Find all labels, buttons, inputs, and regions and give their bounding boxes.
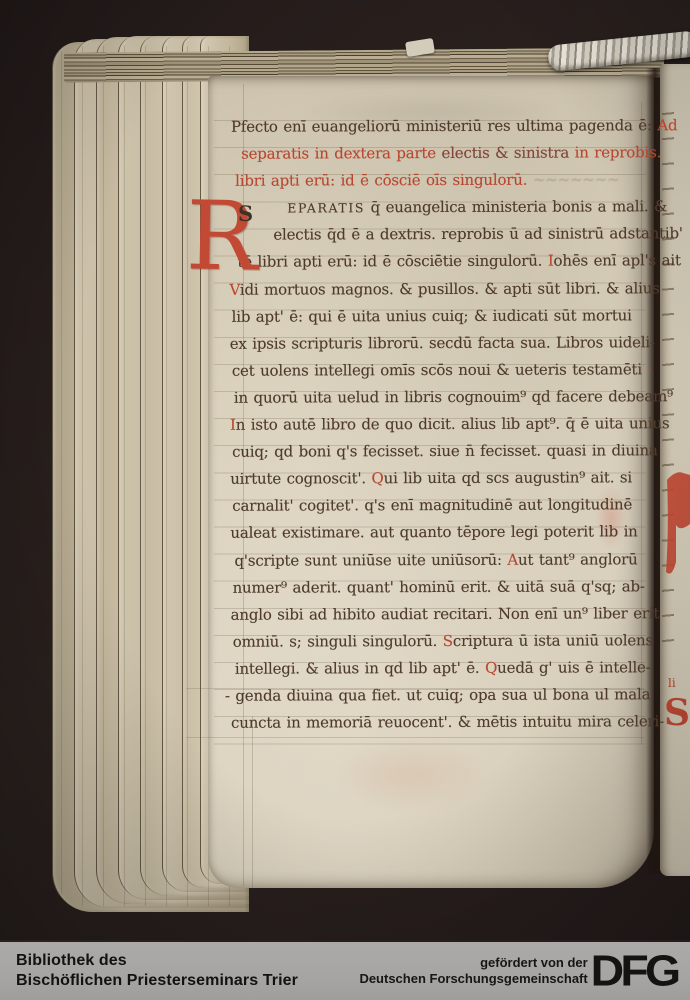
manuscript-line: ex ipsis scripturis librorū. secdū facta… <box>230 329 646 358</box>
manuscript-text: carnalit' cogitet'. q's enī magnitudinē … <box>232 496 632 515</box>
manuscript-text: ex ipsis scripturis librorū. secdū facta… <box>230 333 655 352</box>
manuscript-text: ualeat existimare. aut quanto tēpore leg… <box>230 523 637 542</box>
manuscript-text: lib apt' ē: qui ē uita unius cuiq; & iud… <box>232 306 632 325</box>
manuscript-text: cet uolens intellegi omīs scōs noui & ue… <box>232 360 642 379</box>
manuscript-line: In isto autē libro de quo dicit. alius l… <box>230 410 646 439</box>
manuscript-line: in quorū uita uelud in libris cognouim⁹ … <box>234 383 646 412</box>
manuscript-text: omniū. s; singuli singulorū. <box>233 632 443 651</box>
manuscript-text: tē libri apti erū: id ē cōsciētie singul… <box>237 252 547 271</box>
ruling-line <box>186 737 644 738</box>
manuscript-line: ualeat existimare. aut quanto tēpore leg… <box>230 519 646 548</box>
manuscript-line: q'scripte sunt uniūse uite uniūsorū: Aut… <box>234 546 646 575</box>
manuscript-line: cet uolens intellegi omīs scōs noui & ue… <box>232 356 646 385</box>
manuscript-text: ohēs enī apl's ait <box>554 252 681 270</box>
manuscript-text: ~~~~~~~ <box>527 171 619 189</box>
manuscript-line: uirtute cognoscit'. Qui lib uita qd scs … <box>230 464 646 493</box>
vertical-ruling-line <box>252 716 253 888</box>
manuscript-line: libri apti erū: id ē cōsciē oīs singulor… <box>235 166 645 195</box>
rubric-text: separatis in dextera parte <box>241 144 442 163</box>
manuscript-text: in quorū uita uelud in libris cognouim⁹ … <box>234 387 673 407</box>
manuscript-text: criptura ū ista uniū uolens <box>453 631 653 650</box>
rubric-text: A <box>507 550 518 568</box>
manuscript-line: tē libri apti erū: id ē cōsciētie singul… <box>237 248 645 277</box>
manuscript-line: EPARATIS q̄ euangelica ministeria bonis … <box>287 194 645 222</box>
manuscript-text: ui lib uita qd scs augustin⁹ ait. si <box>384 469 632 488</box>
library-name-line2: Bischöflichen Priesterseminars Trier <box>16 971 298 991</box>
manuscript-text: numer⁹ aderit. quant' hominū erit. & uit… <box>233 577 645 596</box>
funding-credit-line1: gefördert von der <box>359 955 587 972</box>
manuscript-line: omniū. s; singuli singulorū. Scriptura ū… <box>233 627 647 656</box>
rubric-text: Q <box>485 659 497 677</box>
manuscript-line: electis q̄d ē a dextris. reprobis ū ad s… <box>273 221 645 249</box>
library-banner: Bibliothek des Bischöflichen Priestersem… <box>0 942 690 1000</box>
funding-credit: gefördert von der Deutschen Forschungsge… <box>359 955 597 988</box>
manuscript-text: q̄ euangelica ministeria bonis a mali. & <box>365 197 667 216</box>
manuscript-line: carnalit' cogitet'. q's enī magnitudinē … <box>232 492 646 521</box>
manuscript-text: anglo sibi ad hibito audiat recitari. No… <box>231 604 660 623</box>
manuscript-text: EPARATIS <box>287 201 365 216</box>
manuscript-line: anglo sibi ad hibito audiat recitari. No… <box>231 600 647 629</box>
manuscript-text: q'scripte sunt uniūse uite uniūsorū: <box>234 550 507 569</box>
manuscript-text: uedā g' uis ē intelle- <box>497 658 650 677</box>
manuscript-text: cuiq; qd boni q's fecisset. siue n̄ feci… <box>232 441 658 460</box>
rubric-text: Ad <box>657 116 677 134</box>
manuscript-text: idi mortuos magnos. & pusillos. & apti s… <box>240 279 660 298</box>
guide-letter-S: S <box>238 201 253 226</box>
manuscript-text: electis & sinistra <box>441 144 574 162</box>
manuscript-text-block: Pfecto enī euangeliorū ministeriū res ul… <box>229 112 647 737</box>
manuscript-text: cuncta in memoriā reuocent'. & mētis int… <box>231 712 664 732</box>
rubric-text: libri apti erū: id ē cōsciē oīs singulor… <box>235 171 527 190</box>
rubric-text: Q <box>371 469 383 487</box>
manuscript-text: - genda diuina qua fiet. ut cuiq; opa su… <box>225 685 650 704</box>
manuscript-line: lib apt' ē: qui ē uita unius cuiq; & iud… <box>232 302 646 331</box>
manuscript-line: Pfecto enī euangeliorū ministeriū res ul… <box>231 112 645 141</box>
dfg-logo: DFG <box>590 946 690 996</box>
facing-page-red-initial-S: S <box>664 692 690 734</box>
manuscript-line: cuncta in memoriā reuocent'. & mētis int… <box>231 708 647 737</box>
manuscript-text: uirtute cognoscit'. <box>230 469 371 487</box>
manuscript-text: Pfecto enī euangeliorū ministeriū res ul… <box>231 116 657 135</box>
manuscript-photo-scene: R S Pfecto enī euangeliorū ministeriū re… <box>0 0 690 1000</box>
funding-credit-line2: Deutschen Forschungsgemeinschaft <box>359 971 587 988</box>
facing-page-sliver: li S <box>660 64 690 876</box>
manuscript-text: ut tant⁹ anglorū <box>518 550 638 568</box>
manuscript-text: electis q̄d ē a dextris. reprobis ū ad s… <box>273 225 683 244</box>
manuscript-line: Vidi mortuos magnos. & pusillos. & apti … <box>229 275 645 304</box>
manuscript-line: numer⁹ aderit. quant' hominū erit. & uit… <box>233 573 647 602</box>
parchment-stain <box>330 740 490 810</box>
manuscript-text: n isto autē libro de quo dicit. alius li… <box>236 414 670 434</box>
manuscript-text: intellegi. & alius in qd lib apt' ē. <box>235 659 485 678</box>
library-name: Bibliothek des Bischöflichen Priestersem… <box>0 951 298 991</box>
library-name-line1: Bibliothek des <box>16 951 298 971</box>
rubric-text: · <box>642 360 652 378</box>
manuscript-line: - genda diuina qua fiet. ut cuiq; opa su… <box>225 681 647 710</box>
facing-page-red-initial-fragment <box>664 468 690 582</box>
rubric-text: S <box>443 632 453 650</box>
facing-page-red-text: li <box>668 676 676 690</box>
manuscript-line: separatis in dextera parte electis & sin… <box>241 139 645 168</box>
rubric-text: in reprobis. <box>575 143 662 161</box>
manuscript-line: cuiq; qd boni q's fecisset. siue n̄ feci… <box>232 437 646 466</box>
manuscript-line: intellegi. & alius in qd lib apt' ē. Que… <box>235 654 647 683</box>
